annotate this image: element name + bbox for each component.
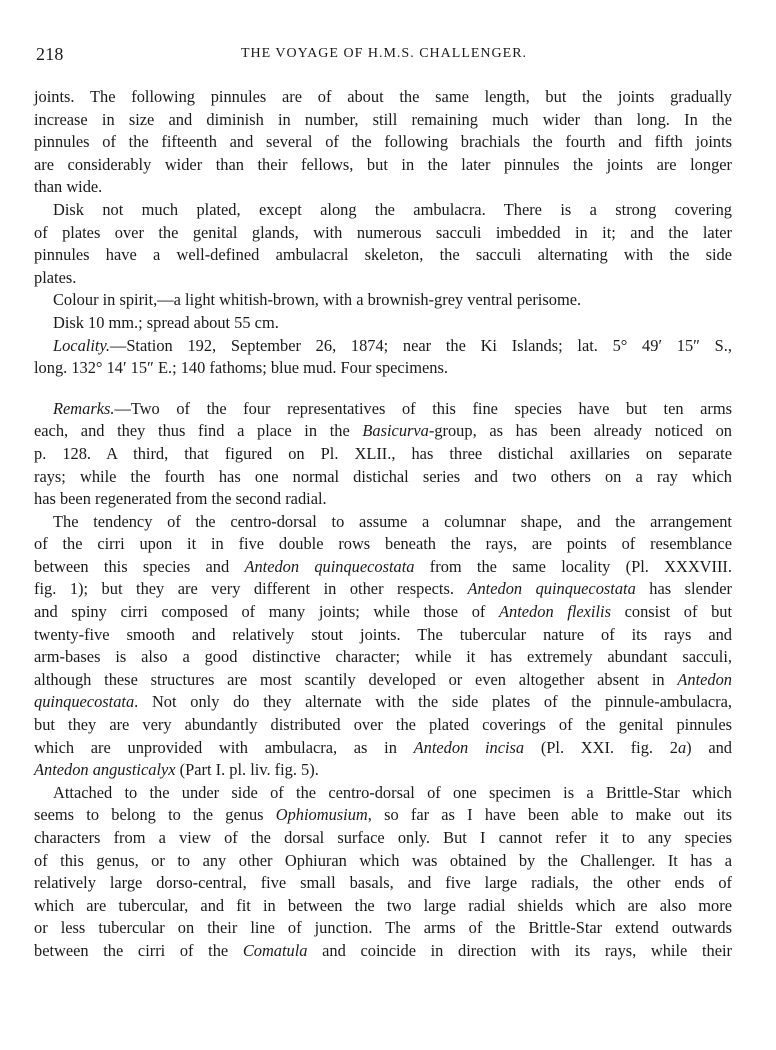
text-line: seems to belong to the genus Ophiomusium… — [34, 804, 732, 827]
text-line: Attached to the under side of the centro… — [34, 782, 732, 805]
text-line: between the cirri of the Comatula and co… — [34, 940, 732, 963]
text-line: or less tubercular on their line of junc… — [34, 917, 732, 940]
text-line: which are unprovided with ambulacra, as … — [34, 737, 732, 760]
italic-term: Antedon quinquecostata — [467, 579, 635, 598]
text-line: of the cirri upon it in five double rows… — [34, 533, 732, 556]
paragraph: Disk not much plated, except along the a… — [34, 199, 732, 289]
text-line: are considerably wider than their fellow… — [34, 154, 732, 177]
text-line: increase in size and diminish in number,… — [34, 109, 732, 132]
italic-term: Antedon angusticalyx — [34, 760, 176, 779]
italic-term: Antedon quinquecostata — [244, 557, 414, 576]
text-line: of plates over the genital glands, with … — [34, 222, 732, 245]
body-text: joints. The following pinnules are of ab… — [34, 86, 732, 963]
paragraph: Attached to the under side of the centro… — [34, 782, 732, 963]
paragraph: Disk 10 mm.; spread about 55 cm. — [34, 312, 732, 335]
text-line: quinquecostata. Not only do they alterna… — [34, 691, 732, 714]
text-line: has been regenerated from the second rad… — [34, 488, 732, 511]
text-line: rays; while the fourth has one normal di… — [34, 466, 732, 489]
document-page: 218 THE VOYAGE OF H.M.S. CHALLENGER. joi… — [0, 0, 776, 1050]
text-line: than wide. — [34, 176, 732, 199]
text-line: of this genus, or to any other Ophiuran … — [34, 850, 732, 873]
paragraph: joints. The following pinnules are of ab… — [34, 86, 732, 199]
text-line: each, and they thus find a place in the … — [34, 420, 732, 443]
section-lead: Remarks. — [53, 399, 114, 418]
text-line: p. 128. A third, that figured on Pl. XLI… — [34, 443, 732, 466]
text-line: fig. 1); but they are very different in … — [34, 578, 732, 601]
paragraph: Locality.—Station 192, September 26, 187… — [34, 335, 732, 380]
italic-term: Antedon incisa — [414, 738, 525, 757]
italic-term: Ophiomusium — [276, 805, 368, 824]
text-line: between this species and Antedon quinque… — [34, 556, 732, 579]
text-line: long. 132° 14′ 15″ E.; 140 fathoms; blue… — [34, 357, 732, 380]
text-line: Disk 10 mm.; spread about 55 cm. — [34, 312, 732, 335]
section-gap — [34, 380, 732, 398]
italic-term: Basicurva — [362, 421, 428, 440]
text-line: joints. The following pinnules are of ab… — [34, 86, 732, 109]
text-line: Disk not much plated, except along the a… — [34, 199, 732, 222]
paragraph: Colour in spirit,—a light whitish-brown,… — [34, 289, 732, 312]
text-line: twenty-five smooth and relatively stout … — [34, 624, 732, 647]
text-line: Antedon angusticalyx (Part I. pl. liv. f… — [34, 759, 732, 782]
section-lead: Locality. — [53, 336, 110, 355]
italic-term: quinquecostata — [34, 692, 134, 711]
text-line: Remarks.—Two of the four representatives… — [34, 398, 732, 421]
italic-term: Antedon — [677, 670, 732, 689]
text-line: Colour in spirit,—a light whitish-brown,… — [34, 289, 732, 312]
page-header: 218 THE VOYAGE OF H.M.S. CHALLENGER. — [36, 44, 732, 68]
text-line: The tendency of the centro-dorsal to ass… — [34, 511, 732, 534]
text-line: arm-bases is also a good distinctive cha… — [34, 646, 732, 669]
text-line: characters from a view of the dorsal sur… — [34, 827, 732, 850]
paragraph: The tendency of the centro-dorsal to ass… — [34, 511, 732, 782]
text-line: which are tubercular, and fit in between… — [34, 895, 732, 918]
text-line: pinnules of the fifteenth and several of… — [34, 131, 732, 154]
text-line: although these structures are most scant… — [34, 669, 732, 692]
italic-term: a — [678, 738, 686, 757]
running-title: THE VOYAGE OF H.M.S. CHALLENGER. — [36, 46, 732, 62]
italic-term: Comatula — [243, 941, 308, 960]
text-line: Locality.—Station 192, September 26, 187… — [34, 335, 732, 358]
italic-term: Antedon flexilis — [499, 602, 611, 621]
text-line: relatively large dorso-central, five sma… — [34, 872, 732, 895]
text-line: but they are very abundantly distributed… — [34, 714, 732, 737]
text-line: and spiny cirri composed of many joints;… — [34, 601, 732, 624]
paragraph: Remarks.—Two of the four representatives… — [34, 398, 732, 511]
text-line: pinnules have a well-defined ambulacral … — [34, 244, 732, 267]
text-line: plates. — [34, 267, 732, 290]
